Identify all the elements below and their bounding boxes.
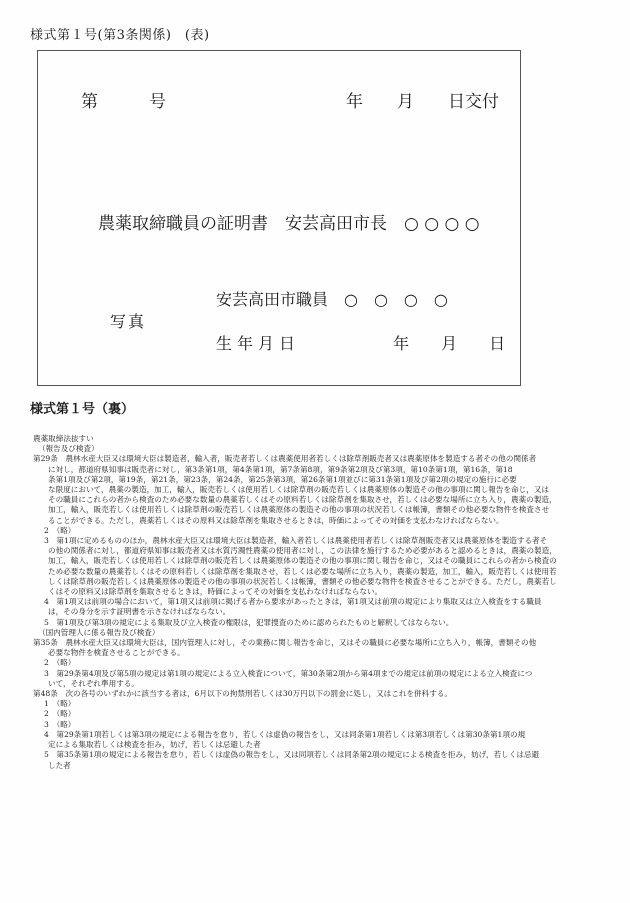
legal-text-line: 3 （略） [44, 720, 613, 730]
legal-text-line: くはその原料又は除草剤を集取させるときは，時価によってその対価を支払わなければな… [48, 587, 613, 597]
legal-text-line: 第35条 農林水産大臣又は環境大臣は，国内管理人に対し，その業務に関し報告を命じ… [33, 638, 613, 648]
legal-text-line: 2 （略） [44, 658, 613, 668]
legal-text-line: 第29条 農林水産大臣又は環境大臣は製造者，輸入者，販売者若しくは農薬使用者若し… [33, 454, 613, 464]
legal-text-line: 第48条 次の各号のいずれかに該当する者は，6月以下の拘禁刑若しくは30万円以下… [33, 689, 613, 699]
legal-text-line: ため必要な数量の農薬若しくはその原料若しくは除草剤を集取させ，若しくは必要な場所… [48, 567, 613, 577]
legal-text-line: 1 （略） [44, 699, 613, 709]
legal-text-line: な限度において，農薬の製造，加工，輸入，販売若しくは使用若しくは除草剤の販売若し… [48, 485, 613, 495]
back-form-label: 様式第１号（裏） [30, 398, 134, 417]
legal-text-line: 加工，輸入，販売若しくは使用若しくは除草剤の販売若しくは農薬原体の製造その他の事… [48, 556, 613, 566]
legal-text-line: の他の関係者に対し，都道府県知事は販売者又は水質汚濁性農薬の使用者に対し，この法… [48, 546, 613, 556]
legal-text-line: に対し，都道府県知事は販売者に対し，第3条第1項，第4条第1項，第7条第8項，第… [48, 465, 613, 475]
legal-text-line: 4 第1項又は前項の場合において，第1項又は前項に掲げる者から要求があったときは… [44, 597, 613, 607]
legal-text-line: は，その身分を示す証明書を示さなければならない。 [48, 607, 613, 617]
staff-name-line: 安芸高田市職員 ○ ○ ○ ○ [216, 287, 448, 310]
birth-date-row: 生年月日 年 月 日 [216, 331, 505, 354]
birth-date-blank: 年 月 日 [393, 334, 505, 353]
legal-text-line: 条第1項及び第2項，第19条，第21条，第23条，第24条，第25条第3項，第2… [48, 475, 613, 485]
legal-text-line: 2 （略） [44, 709, 613, 719]
legal-text-line: した者 [48, 761, 613, 771]
legal-text-line: （国内管理人に係る報告及び検査） [38, 628, 613, 638]
issue-date-blank: 年 月 日交付 [346, 87, 499, 112]
legal-text-line: 加工，輸入，販売若しくは使用若しくは除草剤の販売若しくは農薬原体の製造その他の事… [48, 505, 613, 515]
certificate-box: 第 号 年 月 日交付 農薬取締職員の証明書 安芸高田市長 ○ ○ ○ ○ 写真… [37, 50, 521, 386]
legal-text-line: ることができる。ただし，農薬若しくはその原料又は除草剤を集取させるときは，時価に… [48, 516, 613, 526]
photo-label: 写真 [110, 309, 146, 332]
legal-text-line: （報告及び検査） [38, 444, 613, 454]
birth-date-label: 生年月日 [216, 334, 300, 353]
certificate-title: 農薬取締職員の証明書 安芸高田市長 ○ ○ ○ ○ [98, 209, 480, 234]
legal-text-line: その職員にこれらの者から検査のため必要な数量の農薬若しくはその原料若しくは除草剤… [48, 495, 613, 505]
legal-excerpt-text: 農薬取締法抜すい（報告及び検査）第29条 農林水産大臣又は環境大臣は製造者，輸入… [33, 434, 613, 771]
legal-text-line: 3 第29条第4項及び第5項の規定は第1項の規定による立入検査について，第30条… [44, 669, 613, 679]
legal-text-line: 3 第1項に定めるもののほか，農林水産大臣又は環境大臣は製造者，輸入者若しくは農… [44, 536, 613, 546]
legal-text-line: 必要な物件を検査させることができる。 [48, 648, 613, 658]
front-form-label: 様式第１号(第3条関係) (表) [30, 24, 210, 43]
legal-text-line: 5 第1項及び第3項の規定による集取及び立入検査の権限は，犯罪捜査のために認めら… [44, 618, 613, 628]
certificate-number-blank: 第 号 [81, 87, 166, 112]
legal-text-line: 2 （略） [44, 526, 613, 536]
legal-text-line: 農薬取締法抜すい [33, 434, 613, 444]
legal-text-line: いて，それぞれ準用する。 [48, 679, 613, 689]
legal-text-line: 定による集取若しくは検査を拒み，妨げ，若しくは忌避した者 [48, 740, 613, 750]
legal-text-line: 4 第29条第1項若しくは第3項の規定による報告を怠り，若しくは虚偽の報告をし，… [44, 730, 613, 740]
document-page: 様式第１号(第3条関係) (表) 第 号 年 月 日交付 農薬取締職員の証明書 … [0, 0, 630, 903]
legal-text-line: 5 第35条第1項の規定による報告を怠り，若しくは虚偽の報告をし，又は同項若しく… [44, 750, 613, 760]
legal-text-line: しくは除草剤の販売若しくは農薬原体の製造その他の事項の状況若しくは帳簿，書類その… [48, 577, 613, 587]
